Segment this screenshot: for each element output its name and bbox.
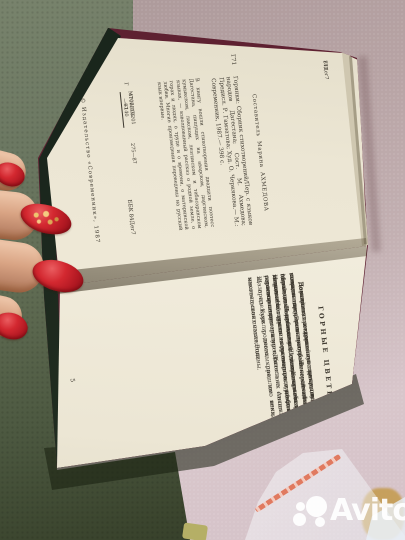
avito-wordmark: Avito — [330, 494, 405, 528]
catalog-entry-text: Горянки: Сборник стихотворений/Пер. с яз… — [209, 76, 253, 228]
code-denominator: М106(03)—87 — [121, 91, 136, 117]
bbk-line: ББК 84Дег7 — [126, 199, 136, 235]
copyright-line: © Издательство «Современник», 1987 — [75, 56, 105, 285]
code-prefix: Г — [123, 82, 129, 86]
avito-watermark: Avito — [288, 492, 405, 540]
catalog-stamp-line: Г71 — [321, 60, 328, 70]
catalog-code: Г71 — [228, 54, 236, 66]
code-suffix: 275—87 — [129, 143, 137, 164]
compiler-line: Составитель Марина АХМЕДОВА — [245, 38, 275, 267]
avito-logo-circle-icon — [296, 502, 305, 511]
photo-scene: 84Дег7 Г71 Составитель Марина АХМЕДОВА Г… — [0, 0, 405, 540]
avito-logo-circle-icon — [315, 517, 325, 527]
avito-logo-circle-icon — [293, 513, 306, 526]
avito-logo-circle-icon — [306, 496, 327, 517]
yellow-object-edge — [182, 522, 208, 540]
annotation-text: В книгу вошли стихотворения двадцати поэ… — [155, 78, 215, 232]
